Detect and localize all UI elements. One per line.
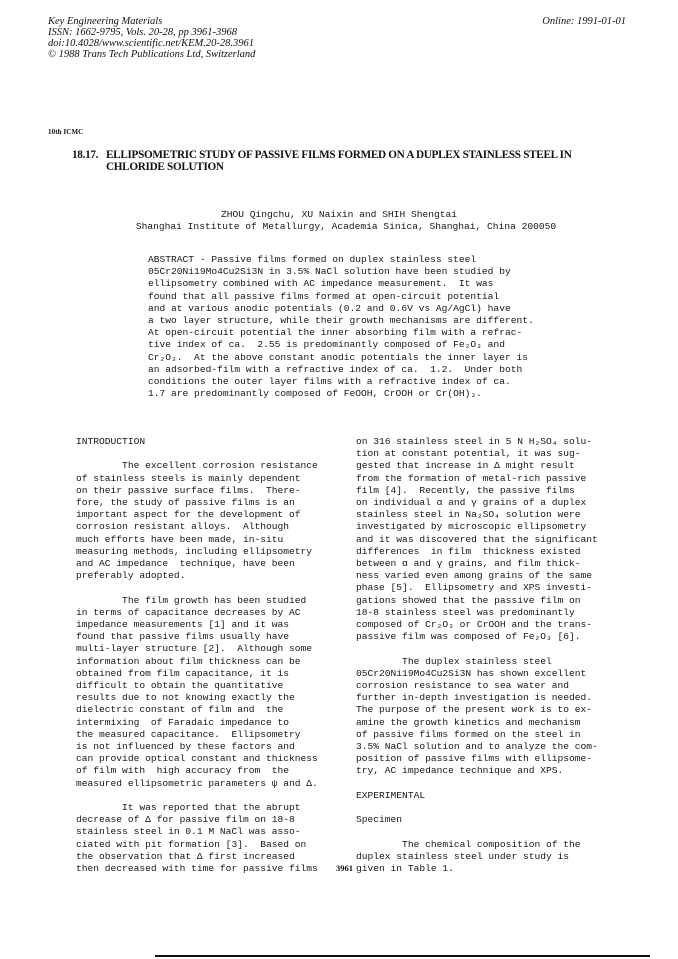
text-line: on 316 stainless steel in 5 N H₂SO₄ solu…: [356, 436, 598, 448]
text-line: corrosion resistant alloys. Although: [76, 521, 318, 533]
paragraph-gap: [356, 826, 598, 838]
text-line: on individual α and γ grains of a duplex: [356, 497, 598, 509]
paragraph: The chemical composition of theduplex st…: [356, 839, 598, 876]
authors: ZHOU Qingchu, XU Naixin and SHIH Shengta…: [0, 209, 678, 221]
text-line: multi-layer structure [2]. Although some: [76, 643, 318, 655]
abstract-line: and at various anodic potentials (0.2 an…: [148, 303, 534, 315]
text-line: composed of Cr₂O₃ or CrOOH and the trans…: [356, 619, 598, 631]
abstract-line: 05Cr20Ni19Mo4Cu2Si3N in 3.5% NaCl soluti…: [148, 266, 534, 278]
text-line: found that passive films usually have: [76, 631, 318, 643]
left-column: INTRODUCTION The excellent corrosion res…: [76, 436, 318, 875]
paragraph: The film growth has been studiedin terms…: [76, 595, 318, 790]
paragraph-gap: [356, 802, 598, 814]
text-line: gested that increase in Δ might result: [356, 460, 598, 472]
paragraph-gap: [76, 790, 318, 802]
text-line: obtained from film capacitance, it is: [76, 668, 318, 680]
text-line: stainless steel in 0.1 M NaCl was asso-: [76, 826, 318, 838]
text-line: try, AC impedance technique and XPS.: [356, 765, 598, 777]
paragraph: It was reported that the abruptdecrease …: [76, 802, 318, 875]
text-line: INTRODUCTION: [76, 436, 318, 448]
text-line: ness varied even among grains of the sam…: [356, 570, 598, 582]
section-heading: EXPERIMENTAL: [356, 790, 598, 802]
text-line: in terms of capacitance decreases by AC: [76, 607, 318, 619]
text-line: and AC impedance technique, have been: [76, 558, 318, 570]
section-number: 18.17.: [72, 149, 106, 161]
paragraph-gap: [356, 643, 598, 655]
paragraph-gap: [356, 778, 598, 790]
text-line: The duplex stainless steel: [356, 656, 598, 668]
text-line: position of passive films with ellipsome…: [356, 753, 598, 765]
text-line: Specimen: [356, 814, 598, 826]
text-line: corrosion resistance to sea water and: [356, 680, 598, 692]
abstract-line: Cr₂O₃. At the above constant anodic pote…: [148, 352, 534, 364]
right-column: on 316 stainless steel in 5 N H₂SO₄ solu…: [356, 436, 598, 875]
text-line: 18-8 stainless steel was predominantly: [356, 607, 598, 619]
text-line: much efforts have been made, in-situ: [76, 534, 318, 546]
text-line: The film growth has been studied: [76, 595, 318, 607]
text-line: intermixing of Faradaic impedance to: [76, 717, 318, 729]
issn-line: ISSN: 1662-9795, Vols. 20-28, pp 3961-39…: [48, 27, 255, 38]
text-line: ciated with pit formation [3]. Based on: [76, 839, 318, 851]
text-line: differences in film thickness existed: [356, 546, 598, 558]
text-line: phase [5]. Ellipsometry and XPS investi-: [356, 582, 598, 594]
text-line: the observation that Δ first increased: [76, 851, 318, 863]
abstract-line: a two layer structure, while their growt…: [148, 315, 534, 327]
text-line: stainless steel in Na₂SO₄ solution were: [356, 509, 598, 521]
text-line: gations showed that the passive film on: [356, 595, 598, 607]
text-line: EXPERIMENTAL: [356, 790, 598, 802]
journal-metadata: Key Engineering Materials ISSN: 1662-979…: [48, 16, 255, 60]
text-line: passive film was composed of Fe₂O₃ [6].: [356, 631, 598, 643]
affiliation: Shanghai Institute of Metallurgy, Academ…: [0, 221, 678, 233]
text-line: of stainless steels is mainly dependent: [76, 473, 318, 485]
text-line: The excellent corrosion resistance: [76, 460, 318, 472]
paper-title: 18.17.ELLIPSOMETRIC STUDY OF PASSIVE FIL…: [72, 149, 662, 173]
text-line: between α and γ grains, and film thick-: [356, 558, 598, 570]
text-line: results due to not knowing exactly the: [76, 692, 318, 704]
text-line: and it was discovered that the significa…: [356, 534, 598, 546]
text-line: amine the growth kinetics and mechanism: [356, 717, 598, 729]
text-line: fore, the study of passive films is an: [76, 497, 318, 509]
text-line: investigated by microscopic ellipsometry: [356, 521, 598, 533]
text-line: of passive films formed on the steel in: [356, 729, 598, 741]
text-line: It was reported that the abrupt: [76, 802, 318, 814]
text-line: decrease of Δ for passive film on 18-8: [76, 814, 318, 826]
conference-label: 10th ICMC: [48, 128, 83, 136]
abstract-line: ABSTRACT - Passive films formed on duple…: [148, 254, 534, 266]
text-line: then decreased with time for passive fil…: [76, 863, 318, 875]
abstract-line: found that all passive films formed at o…: [148, 291, 534, 303]
text-line: The purpose of the present work is to ex…: [356, 704, 598, 716]
text-line: further in-depth investigation is needed…: [356, 692, 598, 704]
section-heading: Specimen: [356, 814, 598, 826]
text-line: duplex stainless steel under study is: [356, 851, 598, 863]
paragraph-gap: [76, 448, 318, 460]
doi-line[interactable]: doi:10.4028/www.scientific.net/KEM.20-28…: [48, 38, 255, 49]
journal-name: Key Engineering Materials: [48, 16, 255, 27]
text-line: difficult to obtain the quantitative: [76, 680, 318, 692]
text-line: tion at constant potential, it was sug-: [356, 448, 598, 460]
page-number: 3961: [336, 863, 353, 873]
paragraph: The excellent corrosion resistanceof sta…: [76, 460, 318, 582]
text-line: given in Table 1.: [356, 863, 598, 875]
abstract-line: ellipsometry combined with AC impedance …: [148, 278, 534, 290]
section-heading: INTRODUCTION: [76, 436, 318, 448]
text-line: from the formation of metal-rich passive: [356, 473, 598, 485]
text-line: impedance measurements [1] and it was: [76, 619, 318, 631]
abstract-line: 1.7 are predominantly composed of FeOOH,…: [148, 388, 534, 400]
text-line: is not influenced by these factors and: [76, 741, 318, 753]
title-line-1: ELLIPSOMETRIC STUDY OF PASSIVE FILMS FOR…: [106, 149, 572, 161]
abstract: ABSTRACT - Passive films formed on duple…: [148, 254, 534, 400]
online-date: Online: 1991-01-01: [542, 16, 626, 27]
text-line: can provide optical constant and thickne…: [76, 753, 318, 765]
text-line: The chemical composition of the: [356, 839, 598, 851]
paragraph: on 316 stainless steel in 5 N H₂SO₄ solu…: [356, 436, 598, 643]
text-line: dielectric constant of film and the: [76, 704, 318, 716]
abstract-line: an adsorbed-film with a refractive index…: [148, 364, 534, 376]
paragraph: The duplex stainless steel05Cr20Ni19Mo4C…: [356, 656, 598, 778]
text-line: information about film thickness can be: [76, 656, 318, 668]
text-line: 05Cr20Ni19Mo4Cu2Si3N has shown excellent: [356, 668, 598, 680]
abstract-line: tive index of ca. 2.55 is predominantly …: [148, 339, 534, 351]
abstract-line: At open-circuit potential the inner abso…: [148, 327, 534, 339]
copyright-line: © 1988 Trans Tech Publications Ltd, Swit…: [48, 49, 255, 60]
bottom-rule: [155, 955, 650, 957]
abstract-line: conditions the outer layer films with a …: [148, 376, 534, 388]
title-line-2: CHLORIDE SOLUTION: [72, 161, 662, 173]
text-line: on their passive surface films. There-: [76, 485, 318, 497]
text-line: the measured capacitance. Ellipsometry: [76, 729, 318, 741]
text-line: measured ellipsometric parameters ψ and …: [76, 778, 318, 790]
text-line: film [4]. Recently, the passive films: [356, 485, 598, 497]
text-line: important aspect for the development of: [76, 509, 318, 521]
text-line: measuring methods, including ellipsometr…: [76, 546, 318, 558]
text-line: of film with high accuracy from the: [76, 765, 318, 777]
text-line: 3.5% NaCl solution and to analyze the co…: [356, 741, 598, 753]
text-line: preferably adopted.: [76, 570, 318, 582]
paragraph-gap: [76, 582, 318, 594]
